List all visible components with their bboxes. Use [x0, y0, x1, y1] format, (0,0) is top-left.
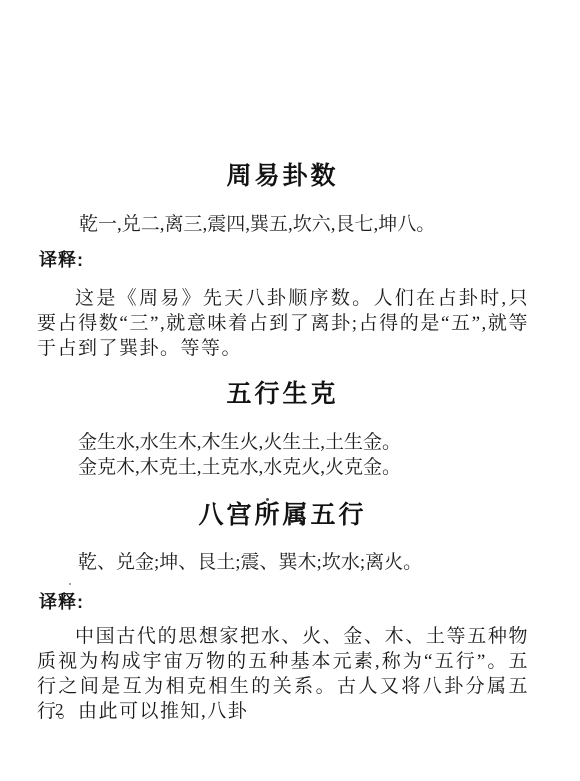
scan-speckle — [69, 583, 71, 585]
verse-trigram-numbers: 乾一,兑二,离三,震四,巽五,坎六,艮七,坤八。 — [79, 214, 435, 236]
verse-five-elements-generating: 金生水,水生木,木生火,火生土,土生金。 — [78, 432, 401, 454]
verse-five-elements-overcoming: 金克木,木克土,土克水,水克火,火克金。 — [78, 457, 401, 479]
scan-speckle — [266, 498, 269, 501]
translation-label-2: 译释: — [39, 592, 84, 612]
section-title-wuxing-shengke: 五行生克 — [20, 381, 545, 408]
page-number: 2 — [55, 700, 64, 719]
section-title-bagong-wuxing: 八宫所属五行 — [20, 502, 545, 529]
book-page: 周易卦数 乾一,兑二,离三,震四,巽五,坎六,艮七,坤八。 译释: 这是《周易》… — [0, 0, 580, 781]
translation-label-1: 译释: — [39, 250, 84, 270]
paragraph-explanation-2: 中国古代的思想家把水、火、金、木、土等五种物质视为构成宇宙万物的五种基本元素,称… — [37, 624, 529, 724]
verse-palace-elements: 乾、兑金;坤、艮土;震、巽木;坎水;离火。 — [78, 552, 422, 574]
section-title-zhouyi-guashu: 周易卦数 — [20, 163, 545, 190]
paragraph-explanation-1: 这是《周易》先天八卦顺序数。人们在占卦时,只要占得数“三”,就意味着占到了离卦;… — [37, 286, 529, 361]
